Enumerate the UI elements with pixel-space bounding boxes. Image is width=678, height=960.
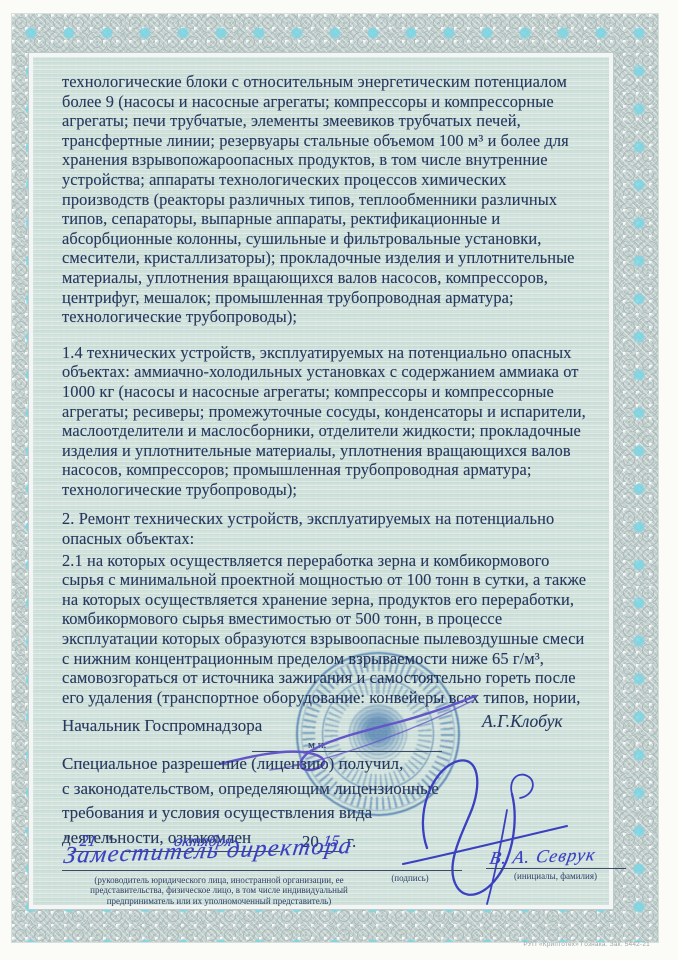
- document-content-panel: технологические блоки с относительным эн…: [33, 57, 609, 905]
- position-caption: (руководитель юридического лица, иностра…: [64, 875, 374, 906]
- recipient-position-line: [62, 870, 462, 871]
- recipient-signature-ink: [395, 752, 595, 907]
- paragraph-technological-blocks: технологические блоки с относительным эн…: [62, 72, 602, 327]
- printer-imprint: РУП «Криптотех» Гознака. Зак. 5442-21: [505, 941, 650, 948]
- paragraph-1-4: 1.4 технических устройств, эксплуатируем…: [62, 343, 602, 500]
- scanned-license-page: технологические блоки с относительным эн…: [0, 0, 678, 960]
- name-caption: (инициалы, фамилия): [483, 871, 628, 881]
- paragraph-2: 2. Ремонт технических устройств, эксплуа…: [62, 509, 602, 548]
- recipient-name-handwritten: В. А. Севрук: [488, 844, 598, 869]
- body-text: технологические блоки с относительным эн…: [33, 57, 609, 707]
- signature-caption: (подпись): [355, 873, 465, 883]
- signatory-name: А.Г.Клобук: [482, 711, 563, 732]
